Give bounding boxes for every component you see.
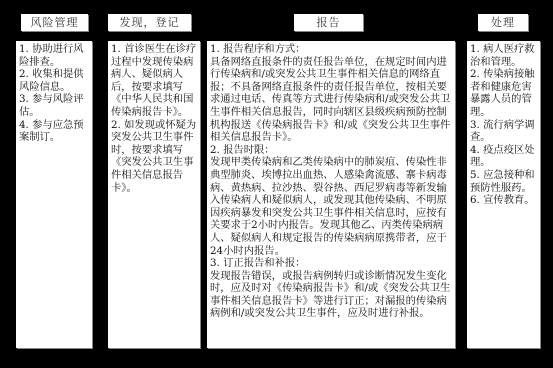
handle-item-1: 1. 病人医疗救治和管理。: [470, 43, 538, 68]
report-section-3-title: 3. 订正报告和补报：: [210, 257, 453, 270]
risk-item-3: 3. 参与风险评估。: [19, 93, 90, 118]
header-report: 报告: [294, 14, 363, 31]
risk-item-1: 1. 协助进行风险排查。: [19, 43, 90, 68]
handle-item-4: 4. 疫点疫区处理。: [470, 144, 538, 169]
report-section-3-body: 发现报告错误，或报告病例转归或诊断情况发生变化时，应及时对《传染病报告卡》和/或…: [210, 270, 453, 320]
discover-item-2: 2. 如发现或怀疑为突发公共卫生事件时，按要求填写《突发公共卫生事件相关信息报告…: [111, 119, 198, 195]
risk-item-4: 4. 参与应急预案制订。: [19, 119, 90, 144]
discover-register-box: 1. 首诊医生在诊疗过程中发现传染病病人、疑似病人后，按要求填写《中华人民共和国…: [108, 41, 200, 348]
handle-item-3: 3. 流行病学调查。: [470, 119, 538, 144]
report-box: 1. 报告程序和方式： 具备网络直报条件的责任报告单位，在规定时间内进行传染病和…: [207, 41, 455, 348]
report-section-1-title: 1. 报告程序和方式：: [210, 43, 453, 56]
handle-item-5: 5. 应急接种和预防性服药。: [470, 169, 538, 194]
report-section-2-body: 发现甲类传染病和乙类传染病中的肺炭疽、传染性非典型肺炎、埃博拉出血热、人感染禽流…: [210, 156, 453, 257]
report-section-2-title: 2. 报告时限：: [210, 144, 453, 157]
risk-item-2: 2. 收集和提供风险信息。: [19, 68, 90, 93]
header-discover-register: 发现，登记: [108, 14, 191, 31]
report-section-1-body: 具备网络直报条件的责任报告单位，在规定时间内进行传染病和/或突发公共卫生事件相关…: [210, 56, 453, 144]
header-risk-management: 风险管理: [21, 14, 88, 31]
handle-item-6: 6. 宣传教育。: [470, 194, 538, 207]
handle-item-2: 2. 传染病接触者和健康危害暴露人员的管理。: [470, 68, 538, 118]
handle-box: 1. 病人医疗救治和管理。 2. 传染病接触者和健康危害暴露人员的管理。 3. …: [467, 41, 540, 348]
risk-management-box: 1. 协助进行风险排查。 2. 收集和提供风险信息。 3. 参与风险评估。 4.…: [16, 41, 92, 348]
discover-item-1: 1. 首诊医生在诊疗过程中发现传染病病人、疑似病人后，按要求填写《中华人民共和国…: [111, 43, 198, 119]
header-handle: 处理: [478, 14, 528, 31]
